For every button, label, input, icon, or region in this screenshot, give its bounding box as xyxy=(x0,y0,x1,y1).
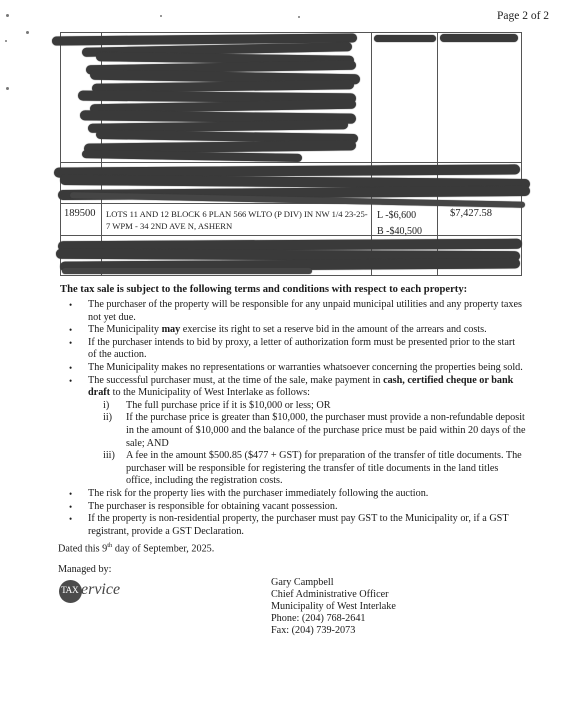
signature-block: Gary Campbell Chief Administrative Offic… xyxy=(271,577,396,637)
term-item: • The purchaser of the property will be … xyxy=(64,299,526,324)
redaction-mark xyxy=(374,35,436,42)
scan-speck xyxy=(160,15,162,17)
term-text: The purchaser is responsible for obtaini… xyxy=(88,501,338,512)
term-text: The successful purchaser must, at the ti… xyxy=(88,375,513,399)
taxervice-logo: TAX ervice xyxy=(59,580,129,604)
logo-ervice-text: ervice xyxy=(81,581,120,599)
logo-tax-text: TAX xyxy=(61,586,78,596)
assessment-land: L -$6,600 xyxy=(377,208,422,224)
term-item: • If the purchaser intends to bid by pro… xyxy=(64,337,526,362)
roll-number: 189500 xyxy=(64,208,96,220)
term-text: The Municipality makes no representation… xyxy=(88,362,523,373)
bullet-icon: • xyxy=(69,324,72,337)
bullet-icon: • xyxy=(69,362,72,375)
term-text: The risk for the property lies with the … xyxy=(88,488,428,499)
term-text: The purchaser of the property will be re… xyxy=(88,299,522,323)
terms-heading: The tax sale is subject to the following… xyxy=(60,284,467,295)
redaction-mark xyxy=(82,150,302,162)
signatory-name: Gary Campbell xyxy=(271,577,396,589)
term-item: • The Municipality makes no representati… xyxy=(64,362,526,375)
redaction-mark xyxy=(62,268,312,274)
redaction-mark xyxy=(440,34,518,42)
term-item: • The risk for the property lies with th… xyxy=(64,488,526,501)
signatory-title: Chief Administrative Officer xyxy=(271,589,396,601)
scan-speck xyxy=(26,31,29,34)
assessment-building: B -$40,500 xyxy=(377,224,422,240)
bullet-icon: • xyxy=(69,501,72,514)
payment-sub-item: iii)A fee in the amount $500.85 ($477 + … xyxy=(103,450,526,488)
scan-speck xyxy=(5,40,7,42)
table-border xyxy=(60,32,522,33)
bullet-icon: • xyxy=(69,488,72,501)
bullet-icon: • xyxy=(69,375,72,388)
payment-sub-list: i)The full purchase price if it is $10,0… xyxy=(88,400,526,488)
page-indicator: Page 2 of 2 xyxy=(497,10,549,22)
property-table: 189500 LOTS 11 AND 12 BLOCK 6 PLAN 566 W… xyxy=(60,32,522,276)
table-border xyxy=(60,275,522,276)
scan-speck xyxy=(6,14,9,17)
bullet-icon: • xyxy=(69,337,72,350)
table-border xyxy=(60,162,522,163)
term-item: • The successful purchaser must, at the … xyxy=(64,375,526,488)
bullet-icon: • xyxy=(69,513,72,526)
signatory-organization: Municipality of West Interlake xyxy=(271,601,396,613)
table-border xyxy=(60,32,61,276)
managed-by-label: Managed by: xyxy=(58,564,111,575)
bullet-icon: • xyxy=(69,299,72,312)
term-text: If the property is non-residential prope… xyxy=(88,513,508,537)
term-item: • The Municipality may exercise its righ… xyxy=(64,324,526,337)
scan-speck xyxy=(298,16,300,18)
payment-sub-item: i)The full purchase price if it is $10,0… xyxy=(103,400,526,413)
term-item: • The purchaser is responsible for obtai… xyxy=(64,501,526,514)
property-description: LOTS 11 AND 12 BLOCK 6 PLAN 566 WLTO (P … xyxy=(106,208,368,232)
amount-owing: $7,427.58 xyxy=(450,208,492,220)
term-item: • If the property is non-residential pro… xyxy=(64,513,526,538)
term-text: If the purchaser intends to bid by proxy… xyxy=(88,337,515,361)
scan-speck xyxy=(6,87,9,90)
table-border xyxy=(521,32,522,276)
terms-list: • The purchaser of the property will be … xyxy=(64,299,526,538)
assessment-values: L -$6,600 B -$40,500 xyxy=(377,208,422,240)
term-text: The Municipality may exercise its right … xyxy=(88,324,487,335)
signatory-phone: Phone: (204) 768-2641 xyxy=(271,613,396,625)
table-border xyxy=(60,235,522,236)
dated-line: Dated this 9th day of September, 2025. xyxy=(58,542,214,554)
payment-sub-item: ii)If the purchase price is greater than… xyxy=(103,412,526,450)
signatory-fax: Fax: (204) 739-2073 xyxy=(271,625,396,637)
